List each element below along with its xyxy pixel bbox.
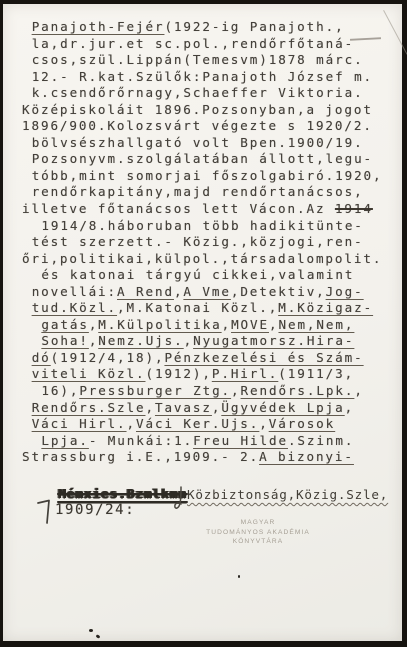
typed-line: Soha!,Nemz.Ujs.,Nyugatmorsz.Hira- bbox=[22, 333, 397, 350]
typed-line: Pozsonyvm.szolgálatában állott,legu- bbox=[22, 151, 397, 168]
text-segment: (1911/3, bbox=[278, 366, 354, 381]
text-segment: rendőrkapitány,majd rendőrtanácsos, bbox=[32, 184, 364, 199]
text-segment: tést szerzett.- Közig.,közjogi,ren- bbox=[32, 234, 364, 249]
text-segment: , bbox=[174, 284, 183, 299]
text-segment: csos,szül.Lippán(Temesvm)1878 márc. bbox=[32, 52, 364, 67]
text-segment: és katonai tárgyú cikkei,valamint bbox=[41, 267, 354, 282]
typed-line: dó(1912/4,18),Pénzkezelési és Szám- bbox=[22, 350, 397, 367]
underlined-title: Rendőrs.Lpk. bbox=[241, 383, 355, 398]
stamp-line: KÖNYVTÁRA bbox=[188, 537, 328, 547]
text-segment: (1912), bbox=[145, 366, 211, 381]
underlined-title: dó bbox=[32, 350, 51, 365]
typed-line: Lpja.- Munkái:1.Freu Hilde.Szinm. bbox=[22, 433, 397, 450]
typed-line: bölvsészhallgató volt Bpen.1900/19. bbox=[22, 135, 397, 152]
underlined-title: Pressburger Ztg. bbox=[79, 383, 231, 398]
text-segment: Középiskoláit 1896.Pozsonyban,a jogot bbox=[22, 102, 373, 117]
library-stamp: MAGYAR TUDOMÁNYOS AKADÉMIA KÖNYVTÁRA bbox=[188, 518, 328, 547]
text-segment: , bbox=[127, 416, 136, 431]
index-card: Panajoth-Fejér(1922-ig Panajoth.,la,dr.j… bbox=[3, 4, 402, 641]
underlined-title: Pénzkezelési és Szám- bbox=[164, 350, 363, 365]
underlined-title: Nemz.Ujs. bbox=[98, 333, 183, 348]
text-segment: k.csendőrőrnagy,Schaeffer Viktoria. bbox=[32, 85, 364, 100]
typed-line: 12.- R.kat.Szülők:Panajoth József m. bbox=[22, 69, 397, 86]
text-segment: Strassburg i.E.,1909.- 2. bbox=[22, 449, 259, 464]
underlined-title: viteli Közl. bbox=[32, 366, 146, 381]
stamp-line: TUDOMÁNYOS AKADÉMIA bbox=[188, 528, 328, 538]
underlined-title: Városok bbox=[269, 416, 335, 431]
typed-line: Középiskoláit 1896.Pozsonyban,a jogot bbox=[22, 102, 397, 119]
text-segment: la,dr.jur.et sc.pol.,rendőrfőtaná- bbox=[32, 36, 354, 51]
underlined-title: Nyugatmorsz.Hira- bbox=[193, 333, 354, 348]
typed-line: őri,politikai,külpol.,társadalompolit. bbox=[22, 251, 397, 268]
underlined-title: tud.Közl. bbox=[32, 300, 117, 315]
underlined-title: M.Közigaz- bbox=[278, 300, 373, 315]
reference-title: Közbiztonság,Közig.Szle, bbox=[187, 487, 388, 502]
underlined-title: Jog- bbox=[326, 284, 364, 299]
text-segment: , bbox=[184, 333, 193, 348]
struck-text: 1914 bbox=[335, 201, 373, 216]
text-segment: ,M.Katonai Közl., bbox=[117, 300, 278, 315]
typed-line: viteli Közl.(1912),P.Hirl.(1911/3, bbox=[22, 366, 397, 383]
text-segment: őri,politikai,külpol.,társadalompolit. bbox=[22, 251, 382, 266]
text-segment: .Szinm. bbox=[288, 433, 354, 448]
text-segment: bölvsészhallgató volt Bpen.1900/19. bbox=[32, 135, 364, 150]
typed-line: 1896/900.Kolozsvárt végezte s 1920/2. bbox=[22, 118, 397, 135]
typed-line: 1914/8.háboruban több hadikitünte- bbox=[22, 218, 397, 235]
underlined-title: Nem,Nem, bbox=[278, 317, 354, 332]
stamp-line: MAGYAR bbox=[188, 518, 328, 528]
typed-line: Váci Hirl.,Váci Ker.Ujs.,Városok bbox=[22, 416, 397, 433]
text-segment: 1896/900.Kolozsvárt végezte s 1920/2. bbox=[22, 118, 373, 133]
text-segment: , bbox=[259, 416, 268, 431]
underlined-title: Rendőrs.Szle bbox=[32, 400, 146, 415]
text-segment: - Munkái:1. bbox=[89, 433, 193, 448]
text-segment: , bbox=[89, 317, 98, 332]
underlined-title: gatás bbox=[41, 317, 88, 332]
typed-line: és katonai tárgyú cikkei,valamint bbox=[22, 267, 397, 284]
text-segment: , bbox=[89, 333, 98, 348]
text-segment: 1914/8.háboruban több hadikitünte- bbox=[41, 218, 363, 233]
ink-speck bbox=[96, 634, 101, 639]
text-segment: , bbox=[231, 383, 240, 398]
text-segment: 16), bbox=[41, 383, 79, 398]
reference-number: 1909/24: bbox=[55, 502, 135, 518]
typed-line: Rendőrs.Szle,Tavasz,Ügyvédek Lpja, bbox=[22, 400, 397, 417]
ink-speck bbox=[238, 575, 240, 578]
hand-bracket-icon bbox=[173, 486, 187, 512]
typed-line: tud.Közl.,M.Katonai Közl.,M.Közigaz- bbox=[22, 300, 397, 317]
underlined-title: A bizonyi- bbox=[259, 449, 354, 464]
typed-line: tést szerzett.- Közig.,közjogi,ren- bbox=[22, 234, 397, 251]
overstruck-text: Mémxies.Bzmlkmm bbox=[58, 486, 187, 501]
underlined-title: Freu Hilde bbox=[193, 433, 288, 448]
underlined-title: Panajoth-Fejér bbox=[32, 19, 165, 34]
text-segment: , bbox=[345, 400, 354, 415]
typed-line: Panajoth-Fejér(1922-ig Panajoth., bbox=[22, 19, 397, 36]
typed-line: k.csendőrőrnagy,Schaeffer Viktoria. bbox=[22, 85, 397, 102]
typed-line: novellái:A Rend,A Vme,Detektiv,Jog- bbox=[22, 284, 397, 301]
underlined-title: MOVE bbox=[231, 317, 269, 332]
text-segment: Pozsonyvm.szolgálatában állott,legu- bbox=[32, 151, 373, 166]
text-segment: , bbox=[145, 400, 154, 415]
text-segment: 12.- R.kat.Szülők:Panajoth József m. bbox=[32, 69, 373, 84]
typed-line: 16),Pressburger Ztg.,Rendőrs.Lpk., bbox=[22, 383, 397, 400]
underlined-title: A Vme bbox=[183, 284, 230, 299]
underlined-title: Tavasz bbox=[155, 400, 212, 415]
text-segment: illetve főtanácsos lett Vácon.Az bbox=[22, 201, 335, 216]
scanned-card-screenshot: Panajoth-Fejér(1922-ig Panajoth.,la,dr.j… bbox=[0, 0, 407, 647]
text-segment: novellái: bbox=[32, 284, 117, 299]
text-segment: , bbox=[222, 317, 231, 332]
typed-line: rendőrkapitány,majd rendőrtanácsos, bbox=[22, 184, 397, 201]
text-segment: (1922-ig Panajoth., bbox=[164, 19, 344, 34]
typed-line: Strassburg i.E.,1909.- 2.A bizonyi- bbox=[22, 449, 397, 466]
typed-line: la,dr.jur.et sc.pol.,rendőrfőtaná- bbox=[22, 36, 397, 53]
underlined-title: P.Hirl. bbox=[212, 366, 278, 381]
underlined-title: Váci Ker.Ujs. bbox=[136, 416, 259, 431]
ink-speck bbox=[89, 629, 93, 632]
text-segment: , bbox=[212, 400, 221, 415]
underlined-title: M.Külpolitika bbox=[98, 317, 221, 332]
text-segment: , bbox=[354, 383, 363, 398]
underlined-title: Váci Hirl. bbox=[32, 416, 127, 431]
underlined-title: Lpja. bbox=[41, 433, 88, 448]
typed-line: tóbb,mint somorjai főszolgabiró.1920, bbox=[22, 168, 397, 185]
text-segment: ,Detektiv, bbox=[231, 284, 326, 299]
hand-bracket-icon bbox=[37, 499, 53, 525]
typed-line: csos,szül.Lippán(Temesvm)1878 márc. bbox=[22, 52, 397, 69]
text-segment: tóbb,mint somorjai főszolgabiró.1920, bbox=[32, 168, 383, 183]
typed-line: gatás,M.Külpolitika,MOVE,Nem,Nem, bbox=[22, 317, 397, 334]
underlined-title: Ügyvédek Lpja bbox=[221, 400, 344, 415]
underlined-title: Soha! bbox=[41, 333, 88, 348]
text-segment: (1912/4,18), bbox=[51, 350, 165, 365]
typed-line: illetve főtanácsos lett Vácon.Az 1914 bbox=[22, 201, 397, 218]
typed-lines: Panajoth-Fejér(1922-ig Panajoth.,la,dr.j… bbox=[22, 19, 397, 466]
underlined-title: A Rend bbox=[117, 284, 174, 299]
